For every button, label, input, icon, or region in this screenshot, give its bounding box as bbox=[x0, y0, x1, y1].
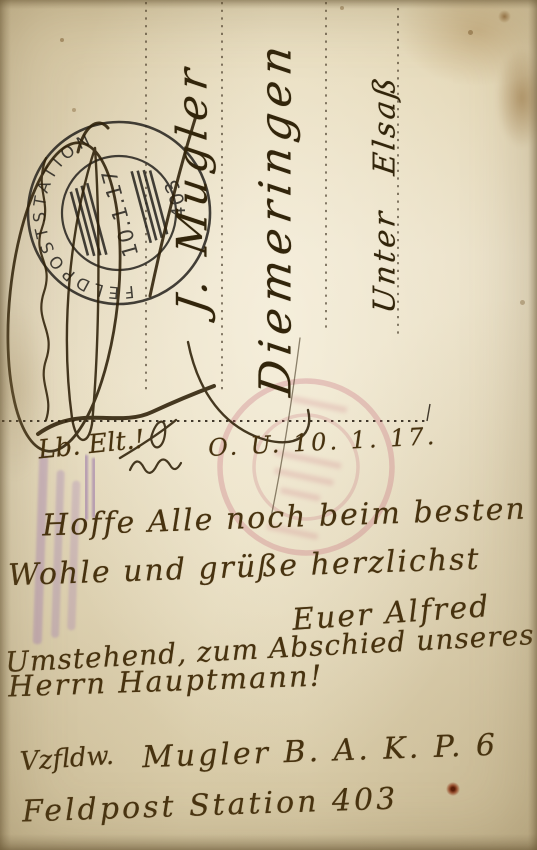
postcard-graphics: 10.1.17 FELDPOSTSTATION 403 bbox=[0, 0, 537, 850]
purple-stamp-bars bbox=[86, 455, 94, 520]
censor-stamp-purple bbox=[33, 454, 82, 645]
postcard-back: 10.1.17 FELDPOSTSTATION 403 J. Mugler Di… bbox=[0, 0, 537, 850]
censor-stamp-red bbox=[204, 365, 408, 569]
